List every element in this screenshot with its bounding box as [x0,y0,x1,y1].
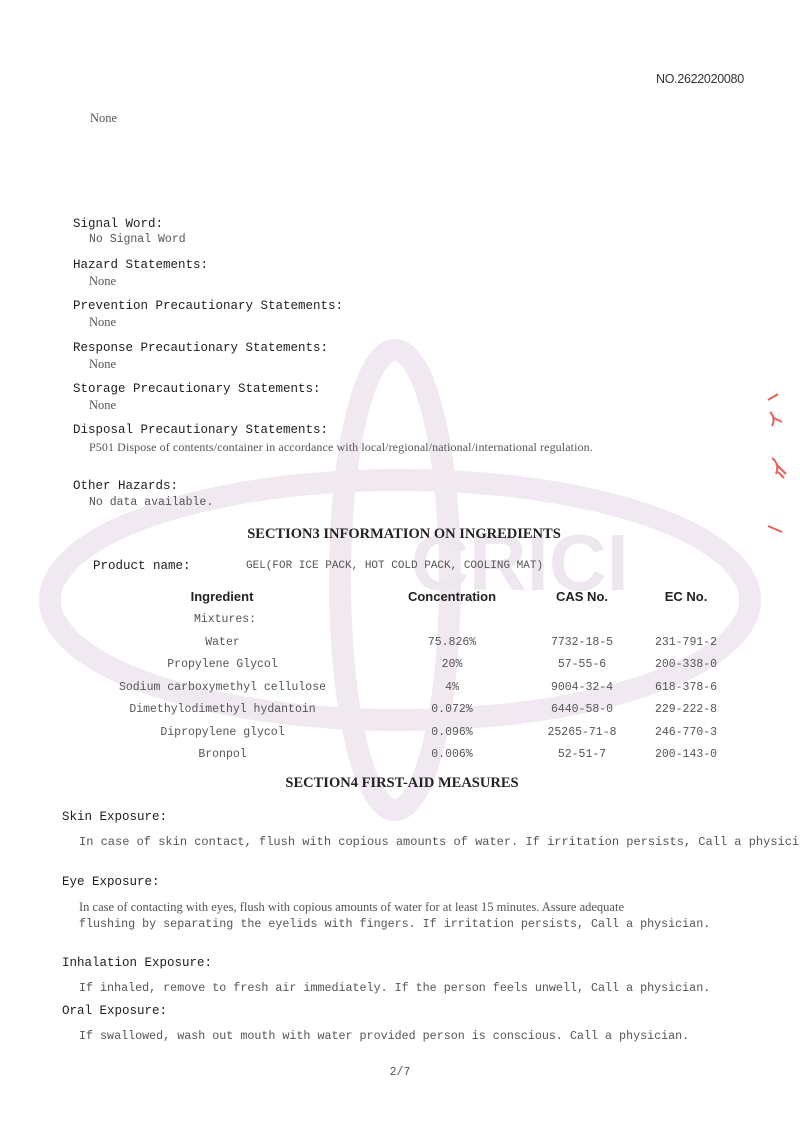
signal-word-value: No Signal Word [89,233,186,246]
cell-ingredient: Bronpol [100,748,345,761]
page-number: 2/7 [380,1066,420,1079]
cell-cas: 7732-18-5 [532,636,632,649]
disposal-label: Disposal Precautionary Statements: [73,423,328,437]
cell-cas: 6440-58-0 [532,703,632,716]
col-ec: EC No. [636,589,736,604]
eye-exposure-text-2: flushing by separating the eyelids with … [79,917,710,931]
eye-exposure-label: Eye Exposure: [62,875,160,889]
cell-ingredient: Dimethylodimethyl hydantoin [100,703,345,716]
other-hazards-value: No data available. [89,496,213,509]
cell-cas: 25265-71-8 [532,726,632,739]
cell-ec: 200-143-0 [636,748,736,761]
storage-value: None [89,398,116,413]
product-name-label: Product name: [93,559,191,573]
response-value: None [89,357,116,372]
storage-label: Storage Precautionary Statements: [73,382,321,396]
section4-title: SECTION4 FIRST-AID MEASURES [0,775,800,792]
document-number: NO.2622020080 [656,72,744,86]
cell-cas: 9004-32-4 [532,681,632,694]
cell-ingredient: Sodium carboxymethyl cellulose [100,681,345,694]
hazard-statements-label: Hazard Statements: [73,258,208,272]
inhalation-exposure-text: If inhaled, remove to fresh air immediat… [79,981,710,995]
cell-ec: 229-222-8 [636,703,736,716]
cell-ingredient: Dipropylene glycol [100,726,345,739]
cell-ingredient: Water [100,636,345,649]
cell-ec: 618-378-6 [636,681,736,694]
oral-exposure-label: Oral Exposure: [62,1004,167,1018]
col-ingredient: Ingredient [132,589,312,604]
prevention-value: None [89,315,116,330]
cell-concentration: 4% [392,681,512,694]
signal-word-label: Signal Word: [73,217,163,231]
cell-concentration: 0.006% [392,748,512,761]
cell-cas: 57-55-6 [532,658,632,671]
skin-exposure-text: In case of skin contact, flush with copi… [79,835,800,849]
mixtures-label: Mixtures: [180,613,270,626]
col-cas: CAS No. [532,589,632,604]
oral-exposure-text: If swallowed, wash out mouth with water … [79,1029,689,1043]
response-label: Response Precautionary Statements: [73,341,328,355]
skin-exposure-label: Skin Exposure: [62,810,167,824]
prevention-label: Prevention Precautionary Statements: [73,299,343,313]
hazard-statements-value: None [89,274,116,289]
previous-section-value: None [90,111,117,126]
cell-cas: 52-51-7 [532,748,632,761]
cell-concentration: 75.826% [392,636,512,649]
col-concentration: Concentration [392,589,512,604]
section3-title: SECTION3 INFORMATION ON INGREDIENTS [0,526,800,543]
other-hazards-label: Other Hazards: [73,479,178,493]
inhalation-exposure-label: Inhalation Exposure: [62,956,212,970]
product-name-value: GEL(FOR ICE PACK, HOT COLD PACK, COOLING… [246,560,543,572]
cell-ec: 231-791-2 [636,636,736,649]
cell-ingredient: Propylene Glycol [100,658,345,671]
cell-concentration: 0.096% [392,726,512,739]
cell-ec: 200-338-0 [636,658,736,671]
eye-exposure-text-1: In case of contacting with eyes, flush w… [79,900,624,915]
cell-concentration: 20% [392,658,512,671]
disposal-value: P501 Dispose of contents/container in ac… [89,440,593,455]
cell-concentration: 0.072% [392,703,512,716]
cell-ec: 246-770-3 [636,726,736,739]
